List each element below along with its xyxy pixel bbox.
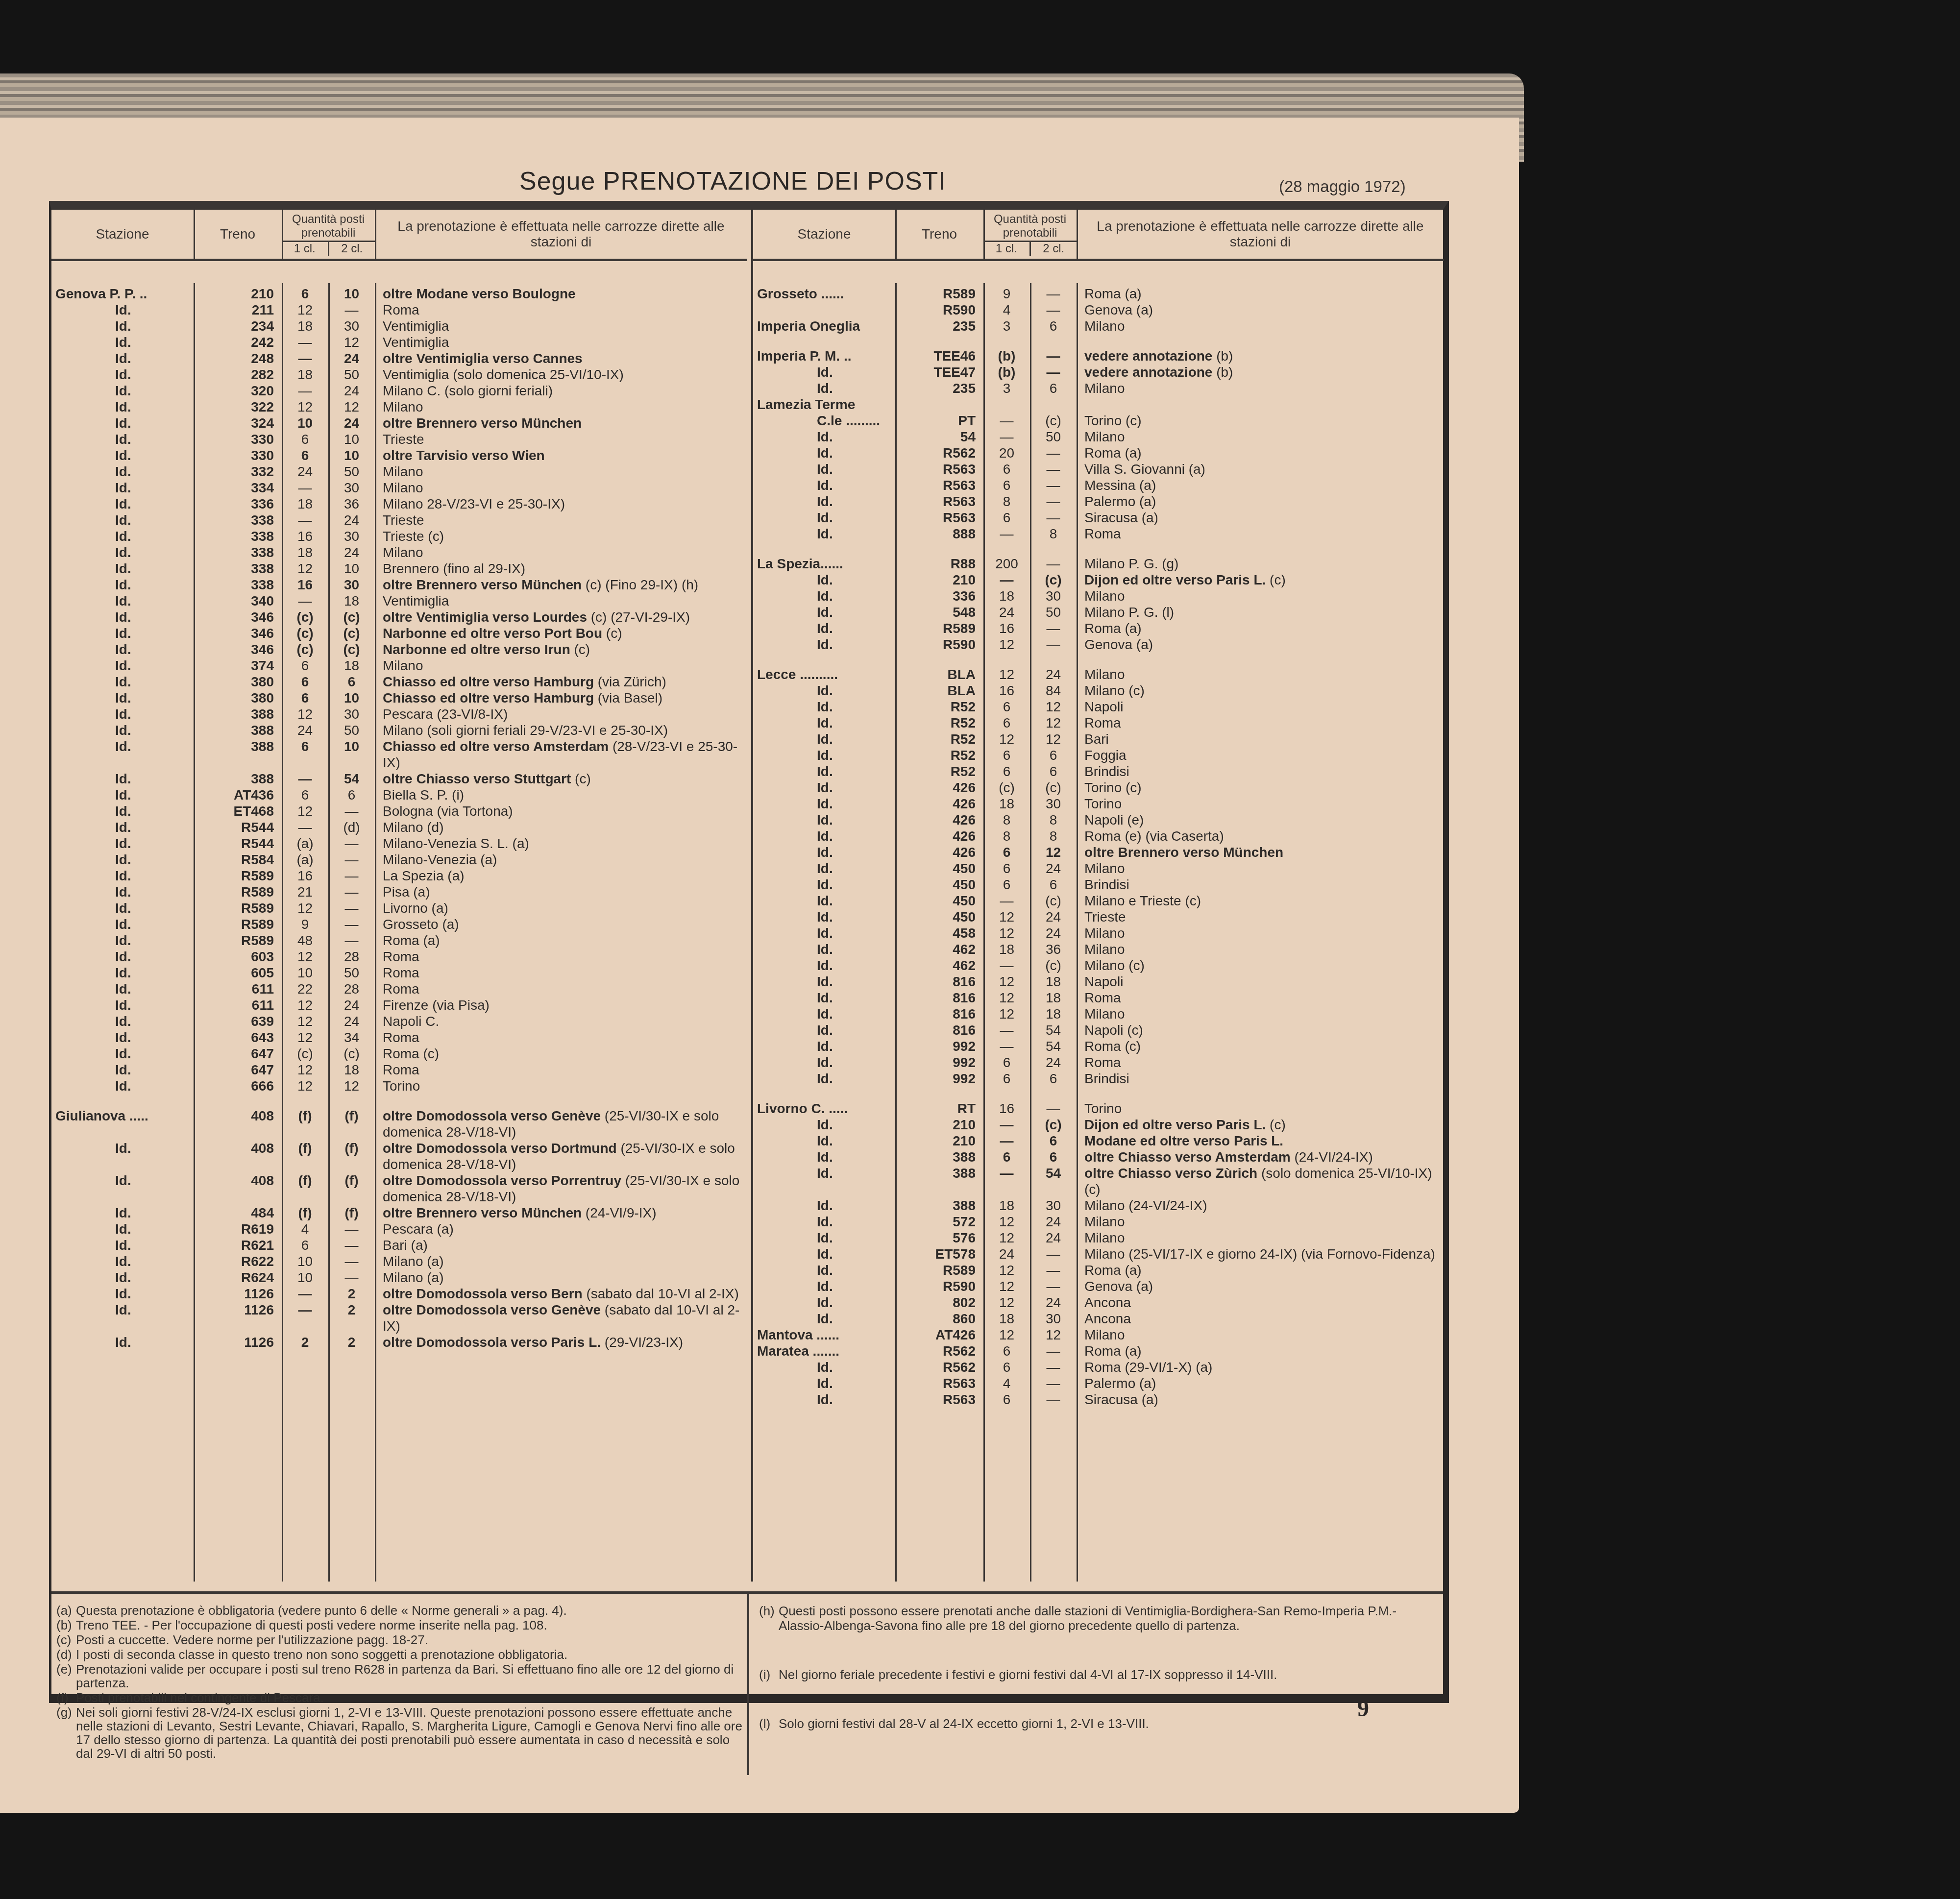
class2-seats-cell: — [1030,1100,1077,1117]
table-row: Id.R5899—Grosseto (a) [51,916,747,932]
destination-note: (b) [1212,365,1233,380]
destination-text: Foggia [1084,748,1127,763]
class2-seats-cell: 6 [1030,876,1077,893]
class1-seats-cell: 4 [282,1221,328,1237]
class1-seats-cell: 6 [983,1343,1030,1359]
destination-text: Trieste [383,512,424,528]
class2-seats-cell: — [1030,348,1077,364]
right-column: Stazione Treno Quantità posti prenotabil… [751,210,1444,1582]
class1-seats-cell: — [983,1117,1030,1133]
class1-seats-cell: — [282,334,328,350]
footnote: (b)Treno TEE. - Per l'occupazione di que… [56,1618,742,1632]
destination-text: Grosseto (a) [383,917,459,932]
destination-text: Roma (a) [1084,286,1142,301]
destination-cell: Siracusa (a) [1077,510,1444,526]
class2-seats-cell: 6 [1030,747,1077,763]
destination-text: Torino [1084,1101,1122,1116]
destination-cell: oltre Ventimiglia verso Lourdes (c) (27-… [375,609,747,625]
class1-seats-cell: 12 [983,1278,1030,1294]
footnote: (c)Posti a cuccette. Vedere norme per l'… [56,1633,742,1647]
table-row: La Spezia......R88200—Milano P. G. (g) [753,556,1444,572]
destination-cell: Torino [375,1078,747,1094]
table-row: Id.R521212Bari [753,731,1444,747]
train-cell: 338 [194,544,282,560]
destination-cell: oltre Domodossola verso Genève (25-VI/30… [375,1108,747,1140]
table-row: Id.450—(c)Milano e Trieste (c) [753,893,1444,909]
destination-cell: Milano [1077,318,1444,334]
station-cell: Id. [51,1205,194,1221]
train-cell: 611 [194,997,282,1013]
station-cell: Id. [51,577,194,593]
destination-text: Trieste [383,432,424,447]
destination-note: (c) (Fino 29-IX) (h) [582,577,698,592]
destination-cell: Milano [1077,1006,1444,1022]
destination-text: oltre Domodossola verso Dortmund [383,1141,617,1156]
class2-seats-cell: (c) [1030,413,1077,429]
class1-seats-cell: 3 [983,318,1030,334]
footnote-text: Nel giorno feriale precedente i festivi … [779,1667,1277,1682]
destination-cell: Narbonne ed oltre verso Port Bou (c) [375,625,747,641]
station-cell: Id. [753,572,895,588]
class1-seats-cell: 6 [983,1359,1030,1375]
class1-seats-cell: — [983,429,1030,445]
station-cell: Id. [753,925,895,941]
station-cell: Id. [753,1022,895,1038]
class2-seats-cell: — [1030,1391,1077,1408]
station-cell: Id. [51,431,194,447]
table-row: Id.21112—Roma [51,302,747,318]
train-cell: R589 [895,620,983,636]
class1-seats-cell: — [983,1022,1030,1038]
footnote-text: Posti prenotabili nel contingente di Pes… [76,1691,324,1704]
header-class1: 1 cl. [983,242,1031,256]
class1-seats-cell: (c) [983,779,1030,796]
station-cell: Id. [51,593,194,609]
destination-text: Roma (a) [1084,621,1142,636]
class2-seats-cell: 12 [1030,699,1077,715]
destination-text: Milano [1084,318,1125,334]
station-cell: Id. [51,1029,194,1046]
station-cell: Id. [51,1013,194,1029]
destination-text: Siracusa (a) [1084,510,1158,525]
class1-seats-cell: — [282,1286,328,1302]
train-cell: R544 [194,819,282,835]
table-row: Id.346(c)(c)Narbonne ed oltre verso Port… [51,625,747,641]
class2-seats-cell: 30 [328,577,375,593]
class2-seats-cell: (c) [1030,893,1077,909]
station-cell: Id. [753,1133,895,1149]
destination-note: (24-VI/24-IX) [1291,1149,1373,1165]
train-cell: R589 [194,916,282,932]
footnote-key: (b) [56,1618,76,1632]
left-column: Stazione Treno Quantità posti prenotabil… [51,210,747,1582]
class2-seats-cell: 54 [1030,1022,1077,1038]
destination-text: Bologna (via Tortona) [383,803,513,819]
table-row: Id.346(c)(c)oltre Ventimiglia verso Lour… [51,609,747,625]
table-row: Id.248—24oltre Ventimiglia verso Cannes [51,350,747,366]
table-row: Id.R58912—Livorno (a) [51,900,747,916]
train-cell: R589 [194,932,282,949]
station-cell: Id. [51,1334,194,1350]
train-cell: 242 [194,334,282,350]
table-row: Id.R5636—Siracusa (a) [753,1391,1444,1408]
train-cell: 992 [895,1054,983,1071]
destination-cell: Roma [375,965,747,981]
destination-cell: Roma [1077,526,1444,542]
class2-seats-cell: — [1030,286,1077,302]
class1-seats-cell: 21 [282,884,328,900]
table-row: Id.388—54oltre Chiasso verso Zùrich (sol… [753,1165,1444,1197]
train-cell: BLA [895,682,983,699]
train-cell: R563 [895,461,983,477]
station-cell: Id. [51,965,194,981]
destination-cell [1077,396,1444,413]
class2-seats-cell: 24 [328,1013,375,1029]
table-row: Id.6391224Napoli C. [51,1013,747,1029]
destination-cell: Trieste [375,512,747,528]
table-row: Id.R6194—Pescara (a) [51,1221,747,1237]
page-title: Segue PRENOTAZIONE DEI POSTI [519,167,946,196]
station-cell: Id. [753,380,895,396]
train-cell: 484 [194,1205,282,1221]
destination-cell: Milano P. G. (l) [1077,604,1444,620]
table-row: Id.374618Milano [51,657,747,674]
class1-seats-cell: — [282,771,328,787]
station-cell: Id. [51,1286,194,1302]
destination-cell: oltre Domodossola verso Porrentruy (25-V… [375,1172,747,1205]
destination-cell: oltre Brennero verso München (c) (Fino 2… [375,577,747,593]
class1-seats-cell: 6 [983,860,1030,876]
destination-cell: Milano [1077,1214,1444,1230]
header-destination: La prenotazione è effettuata nelle carro… [1077,210,1444,259]
class2-seats-cell: 30 [328,318,375,334]
destination-cell: Messina (a) [1077,477,1444,493]
class2-seats-cell: 8 [1030,526,1077,542]
table-row: Id.992624Roma [753,1054,1444,1071]
class1-seats-cell: — [983,957,1030,974]
destination-text: Milano (24-VI/24-IX) [1084,1198,1207,1213]
class2-seats-cell: (c) [1030,779,1077,796]
table-row: Id.38066Chiasso ed oltre verso Hamburg (… [51,674,747,690]
destination-text: Roma [1084,526,1121,541]
destination-cell: vedere annotazione (b) [1077,348,1444,364]
destination-cell: Milano (d) [375,819,747,835]
station-cell: Id. [753,1230,895,1246]
destination-cell: Torino (c) [1077,779,1444,796]
table-row: Genova P. P. ..210610oltre Modane verso … [51,286,747,302]
class2-seats-cell: 6 [328,674,375,690]
class1-seats-cell: 18 [282,496,328,512]
class2-seats-cell: 6 [1030,1149,1077,1165]
station-cell: Id. [51,1253,194,1269]
station-cell: Id. [51,334,194,350]
destination-text: Milano-Venezia (a) [383,852,497,867]
destination-text: Livorno (a) [383,901,448,916]
destination-text: Roma (29-VI/1-X) (a) [1084,1360,1212,1375]
destination-cell: La Spezia (a) [375,868,747,884]
table-row: Id.6431234Roma [51,1029,747,1046]
destination-cell: oltre Chiasso verso Stuttgart (c) [375,771,747,787]
train-cell: 380 [194,690,282,706]
class1-seats-cell: (a) [282,852,328,868]
destination-cell: Biella S. P. (i) [375,787,747,803]
destination-text: Ancona [1084,1311,1131,1326]
destination-cell: Bologna (via Tortona) [375,803,747,819]
destination-cell: oltre Ventimiglia verso Cannes [375,350,747,366]
destination-cell: Milano (24-VI/24-IX) [1077,1197,1444,1214]
table-row: Lamezia Terme [753,396,1444,413]
class1-seats-cell: 16 [983,1100,1030,1117]
train-cell: AT436 [194,787,282,803]
class1-seats-cell: 18 [983,588,1030,604]
table-row: Id.388—54oltre Chiasso verso Stuttgart (… [51,771,747,787]
destination-cell: Trieste (c) [375,528,747,544]
table-row: Id.3381630oltre Brennero verso München (… [51,577,747,593]
station-cell: Id. [753,779,895,796]
class1-seats-cell: 12 [983,990,1030,1006]
station-cell: Id. [753,604,895,620]
destination-text: Bari (a) [383,1238,428,1253]
destination-note: (c) (27-VI-29-IX) [587,609,690,625]
class1-seats-cell: 24 [983,604,1030,620]
destination-note: (via Basel) [594,690,662,706]
destination-text: Chiasso ed oltre verso Hamburg [383,674,594,689]
train-cell: 888 [895,526,983,542]
class1-seats-cell: 24 [983,1246,1030,1262]
train-cell: 211 [194,302,282,318]
destination-text: Milano [1084,861,1125,876]
station-cell: Id. [51,932,194,949]
destination-cell: Milano P. G. (g) [1077,556,1444,572]
destination-text: Firenze (via Pisa) [383,998,490,1013]
train-cell: BLA [895,666,983,682]
station-cell: Id. [51,868,194,884]
class2-seats-cell: 18 [1030,974,1077,990]
class1-seats-cell: 6 [282,674,328,690]
train-cell: 210 [895,572,983,588]
train-cell: R52 [895,731,983,747]
train-cell: R562 [895,1359,983,1375]
station-cell: Id. [753,957,895,974]
table-row: Id.BLA1684Milano (c) [753,682,1444,699]
train-cell: 388 [895,1197,983,1214]
table-row: C.le .........PT—(c)Torino (c) [753,413,1444,429]
destination-text: oltre Chiasso verso Amsterdam [1084,1149,1291,1165]
footnote-text: Questa prenotazione è obbligatoria (vede… [76,1604,567,1617]
station-cell: Id. [51,383,194,399]
station-cell: Grosseto ...... [753,286,895,302]
destination-cell: Brindisi [1077,1071,1444,1087]
station-cell: Id. [753,445,895,461]
destination-cell: Roma [375,981,747,997]
class2-seats-cell: 30 [1030,1197,1077,1214]
train-cell: 320 [194,383,282,399]
station-cell: Id. [753,1311,895,1327]
train-cell: 816 [895,990,983,1006]
class2-seats-cell: 24 [1030,1054,1077,1071]
destination-text: Narbonne ed oltre verso Irun [383,642,570,657]
destination-cell: oltre Brennero verso München [375,415,747,431]
table-row: Id.R5636—Siracusa (a) [753,510,1444,526]
destination-text: oltre Domodossola verso Genève [383,1108,601,1123]
table-row: Id.2341830Ventimiglia [51,318,747,334]
class1-seats-cell: 200 [983,556,1030,572]
class1-seats-cell: 18 [282,318,328,334]
class1-seats-cell: 12 [282,900,328,916]
class2-seats-cell: (f) [328,1172,375,1205]
destination-text: Milano [383,464,423,479]
station-cell: Livorno C. ..... [753,1100,895,1117]
station-cell: Id. [753,636,895,653]
station-cell: Id. [753,860,895,876]
destination-cell: Ventimiglia [375,334,747,350]
destination-cell: Milano [375,544,747,560]
train-cell: R52 [895,747,983,763]
station-cell: Id. [753,812,895,828]
class2-seats-cell: — [328,302,375,318]
class1-seats-cell: 12 [282,803,328,819]
station-cell: Id. [753,990,895,1006]
station-cell: Id. [51,722,194,738]
station-cell: Id. [51,835,194,852]
station-cell: Id. [51,350,194,366]
train-cell: 647 [194,1062,282,1078]
destination-text: Pisa (a) [383,884,430,900]
class2-seats-cell: — [328,868,375,884]
train-cell: 210 [895,1117,983,1133]
destination-cell: Milano [1077,1230,1444,1246]
destination-text: Roma (a) [1084,1263,1142,1278]
class2-seats-cell: 10 [328,738,375,771]
class2-seats-cell: — [1030,1262,1077,1278]
destination-text: Roma [1084,990,1121,1005]
train-cell: 450 [895,909,983,925]
class2-seats-cell: 12 [328,334,375,350]
table-row: Id.1126—2oltre Domodossola verso Bern (s… [51,1286,747,1302]
station-cell: Id. [51,302,194,318]
destination-note: (c) [602,626,622,641]
station-cell: Id. [753,461,895,477]
class1-seats-cell: 6 [983,477,1030,493]
station-cell: Imperia P. M. .. [753,348,895,364]
train-cell: 346 [194,609,282,625]
destination-cell: Milano [1077,588,1444,604]
destination-text: Milano (a) [383,1254,443,1269]
train-cell: R624 [194,1269,282,1286]
header-station: Stazione [51,210,195,259]
destination-text: Brennero (fino al 29-IX) [383,561,525,576]
class2-seats-cell: (f) [328,1205,375,1221]
header-station: Stazione [753,210,897,259]
train-cell: AT426 [895,1327,983,1343]
row-spacer [753,1087,1444,1100]
table-row: Id.R59012—Genova (a) [753,636,1444,653]
destination-cell: Bari (a) [375,1237,747,1253]
destination-text: Roma [383,965,419,980]
class1-seats-cell: 6 [282,738,328,771]
station-cell: Giulianova ..... [51,1108,194,1140]
class2-seats-cell: 54 [1030,1165,1077,1197]
destination-cell: Napoli C. [375,1013,747,1029]
destination-text: Milano [1084,1214,1125,1229]
table-row: Id.6661212Torino [51,1078,747,1094]
destination-cell: oltre Modane verso Boulogne [375,286,747,302]
destination-text: Roma [383,302,419,317]
class2-seats-cell: 6 [1030,1071,1077,1087]
station-cell: Id. [51,1269,194,1286]
destination-text: Milano [1084,667,1125,682]
table-row: Id.R52612Roma [753,715,1444,731]
table-row: Id.210—6Modane ed oltre verso Paris L. [753,1133,1444,1149]
class1-seats-cell: 12 [282,997,328,1013]
class1-seats-cell: 16 [983,682,1030,699]
destination-cell: Chiasso ed oltre verso Hamburg (via Züri… [375,674,747,690]
class1-seats-cell: 12 [282,399,328,415]
train-cell: R590 [895,302,983,318]
destination-text: Milano P. G. (l) [1084,605,1174,620]
destination-text: Dijon ed oltre verso Paris L. [1084,1117,1266,1132]
destination-cell: Brennero (fino al 29-IX) [375,560,747,577]
class1-seats-cell: 6 [282,286,328,302]
station-cell: Id. [753,876,895,893]
table-row: Id.334—30Milano [51,480,747,496]
footnote-key: (h) [759,1604,779,1633]
train-cell: R622 [194,1253,282,1269]
class2-seats-cell: 54 [328,771,375,787]
class2-seats-cell: 36 [328,496,375,512]
station-cell: Id. [753,526,895,542]
class2-seats-cell: 10 [328,447,375,463]
train-cell: 388 [895,1165,983,1197]
destination-cell: Milano (a) [375,1253,747,1269]
table-row: Id.462—(c)Milano (c) [753,957,1444,974]
footnote: (i)Nel giorno feriale precedente i festi… [759,1667,1433,1682]
class2-seats-cell: — [328,1237,375,1253]
class1-seats-cell: (c) [282,609,328,625]
destination-cell: Napoli (e) [1077,812,1444,828]
table-row: Id.8601830Ancona [753,1311,1444,1327]
destination-cell: Pescara (a) [375,1221,747,1237]
destination-note: (sabato dal 10-VI al 2-IX) [583,1286,739,1301]
class1-seats-cell: — [282,1302,328,1334]
table-row: Id.380610Chiasso ed oltre verso Hamburg … [51,690,747,706]
train-cell: 380 [194,674,282,690]
class1-seats-cell: 6 [282,690,328,706]
station-cell: Id. [51,852,194,868]
destination-cell: Milano-Venezia (a) [375,852,747,868]
class1-seats-cell: 6 [282,787,328,803]
destination-text: Roma [1084,1055,1121,1070]
train-cell: 336 [895,588,983,604]
destination-cell: Roma [1077,1054,1444,1071]
train-cell: 458 [895,925,983,941]
train-cell: 388 [895,1149,983,1165]
train-cell: R590 [895,1278,983,1294]
destination-cell: Milano [1077,380,1444,396]
table-row: Id.888—8Roma [753,526,1444,542]
class1-seats-cell: 9 [282,916,328,932]
train-cell: 816 [895,974,983,990]
train-cell: R584 [194,852,282,868]
destination-cell: Napoli (c) [1077,1022,1444,1038]
class1-seats-cell: 6 [983,876,1030,893]
destination-cell: Roma (e) (via Caserta) [1077,828,1444,844]
train-cell: R562 [895,445,983,461]
destination-text: Milano (soli giorni feriali 29-V/23-VI e… [383,723,668,738]
destination-cell: Milano [1077,1327,1444,1343]
header-quantity: Quantità posti prenotabili 1 cl. 2 cl. [282,210,376,259]
table-row: Id.3221212Milano [51,399,747,415]
